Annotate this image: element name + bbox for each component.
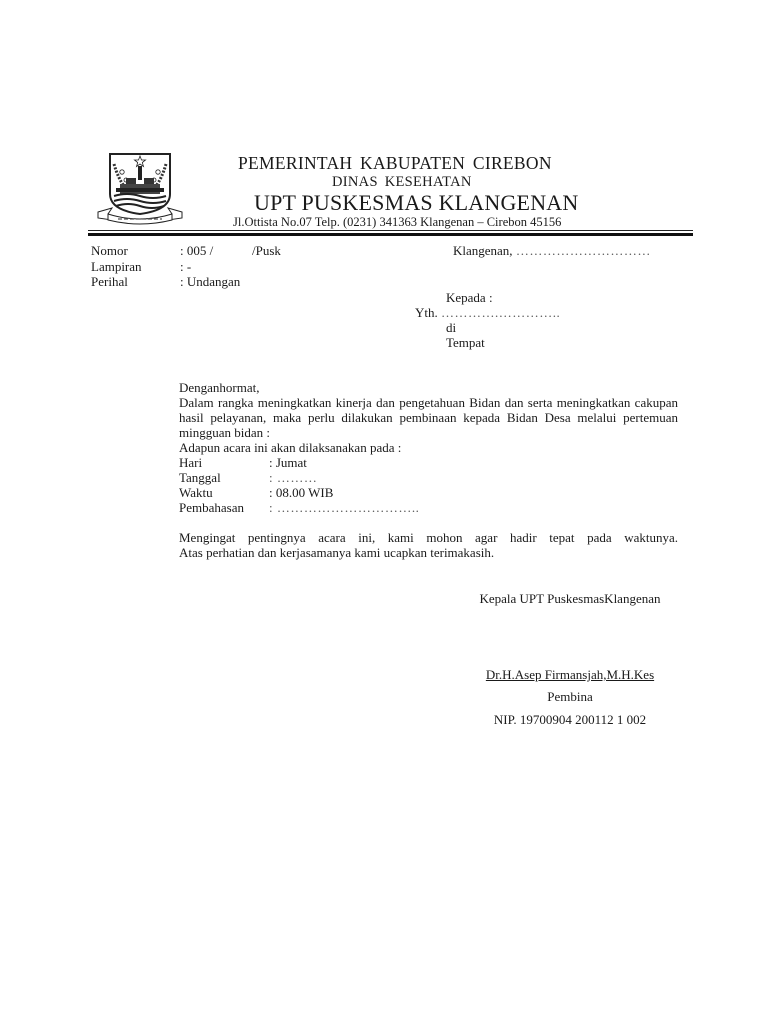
government-heading: PEMERINTAH KABUPATEN CIREBON [238, 153, 552, 174]
schedule-value: : 08.00 WIB [269, 485, 333, 500]
recipient-line: Yth. ………….………….. [415, 305, 560, 320]
recipient-placeholder: ………….………….. [441, 305, 560, 320]
signatory-name: Dr.H.Asep Firmansjah,M.H.Kes [440, 667, 700, 683]
department-heading: DINAS KESEHATAN [332, 174, 472, 191]
schedule-value: : ………………………….. [269, 500, 419, 515]
closing-line-2: Atas perhatian dan kerjasamanya kami uca… [179, 545, 678, 560]
schedule-label: Waktu [179, 485, 269, 500]
schedule-label: Tanggal [179, 470, 269, 485]
schedule-row-pembahasan: Pembahasan : ………………………….. [179, 500, 678, 515]
institution-heading: UPT PUSKESMAS KLANGENAN [254, 190, 578, 216]
schedule-row-waktu: Waktu : 08.00 WIB [179, 485, 678, 500]
schedule-row-tanggal: Tanggal : ……… [179, 470, 678, 485]
signatory-title: Kepala UPT PuskesmasKlangenan [440, 591, 700, 607]
letterhead-divider-thin [88, 230, 693, 231]
signatory-nip: NIP. 19700904 200112 1 002 [440, 712, 700, 728]
body-paragraph: Dalam rangka meningkatkan kinerja dan pe… [179, 395, 678, 440]
cirebon-regency-emblem-icon [94, 150, 186, 226]
perihal-value: : Undangan [180, 274, 240, 289]
date-placeholder: ………………………… [516, 243, 651, 258]
institution-address: Jl.Ottista No.07 Telp. (0231) 341363 Kla… [233, 215, 561, 230]
lampiran-value: : - [180, 259, 191, 274]
lampiran-label: Lampiran [91, 259, 142, 274]
letter-body: Denganhormat, Dalam rangka meningkatkan … [179, 380, 678, 560]
regency-emblem-logo [94, 150, 186, 226]
signatory-rank: Pembina [440, 689, 700, 705]
di-label: di [446, 320, 456, 335]
schedule-label: Pembahasan [179, 500, 269, 515]
perihal-label: Perihal [91, 274, 128, 289]
schedule-row-hari: Hari : Jumat [179, 455, 678, 470]
schedule-intro: Adapun acara ini akan dilaksanakan pada … [179, 440, 678, 455]
salutation: Denganhormat, [179, 380, 678, 395]
schedule-label: Hari [179, 455, 269, 470]
nomor-value: : 005 / [180, 243, 213, 258]
place-label: Klangenan, [453, 243, 513, 258]
schedule-value: : Jumat [269, 455, 307, 470]
nomor-suffix: /Pusk [252, 243, 281, 258]
kepada-label: Kepada : [446, 290, 493, 305]
nomor-label: Nomor [91, 243, 128, 258]
place-date: Klangenan, ………………………… [453, 243, 651, 258]
schedule-value: : ……… [269, 470, 317, 485]
yth-label: Yth. [415, 305, 438, 320]
letterhead-divider-thick [88, 233, 693, 236]
tempat-label: Tempat [446, 335, 485, 350]
closing-line-1: Mengingat pentingnya acara ini, kami moh… [179, 530, 678, 545]
